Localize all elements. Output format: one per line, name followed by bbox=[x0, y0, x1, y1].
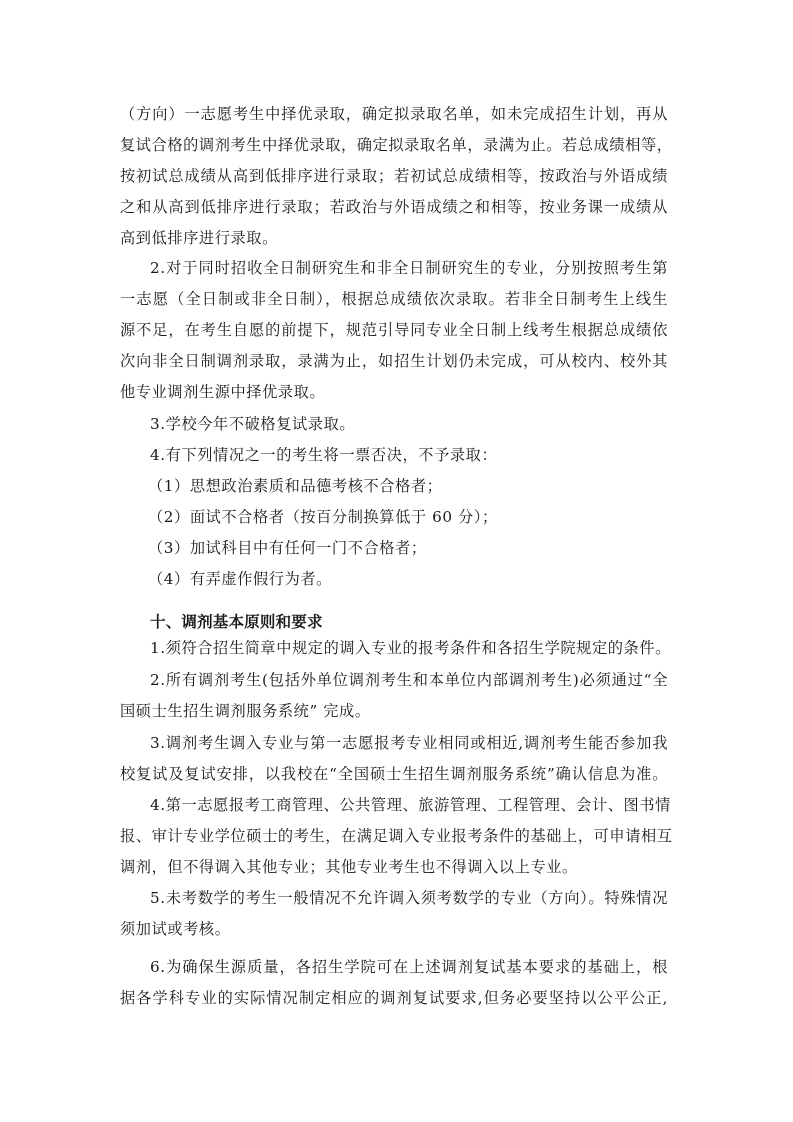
list-item-2-line: 他专业调剂生源中择优录取。 bbox=[120, 380, 668, 404]
sub-item-1: （1）思想政治素质和品德考核不合格者； bbox=[148, 474, 694, 498]
s10-item-5-line: 5.未考数学的考生一般情况不允许调入须考数学的专业（方向）。特殊情况 bbox=[150, 886, 668, 910]
sub-item-2: （2）面试不合格者（按百分制换算低于 60 分）； bbox=[148, 505, 694, 529]
list-item-2-line: 源不足，在考生自愿的前提下，规范引导同专业全日制上线考生根据总成绩依 bbox=[120, 318, 668, 342]
s10-item-2-line: 2.所有调剂考生(包括外单位调剂考生和本单位内部调剂考生)必须通过“全 bbox=[150, 668, 668, 692]
paragraph-line: 按初试总成绩从高到低排序进行录取；若初试总成绩相等，按政治与外语成绩 bbox=[120, 164, 668, 188]
section-heading: 十、调剂基本原则和要求 bbox=[150, 610, 698, 634]
list-item-4: 4.有下列情况之一的考生将一票否决，不予录取： bbox=[150, 443, 668, 467]
s10-item-2-line: 国硕士生招生调剂服务系统” 完成。 bbox=[120, 699, 668, 723]
list-item-2-line: 次向非全日制调剂录取，录满为止，如招生计划仍未完成，可从校内、校外其 bbox=[120, 349, 668, 373]
s10-item-3-line: 3.调剂考生调入专业与第一志愿报考专业相同或相近,调剂考生能否参加我 bbox=[150, 731, 668, 755]
list-item-3: 3.学校今年不破格复试录取。 bbox=[150, 412, 668, 436]
paragraph-line: 复试合格的调剂考生中择优录取，确定拟录取名单，录满为止。若总成绩相等， bbox=[120, 133, 668, 157]
s10-item-3-line: 校复试及复试安排，以我校在“全国硕士生招生调剂服务系统”确认信息为准。 bbox=[120, 762, 668, 786]
s10-item-4-line: 4.第一志愿报考工商管理、公共管理、旅游管理、工程管理、会计、图书情 bbox=[150, 793, 668, 817]
paragraph-line: 高到低排序进行录取。 bbox=[120, 226, 668, 250]
sub-item-4: （4）有弄虚作假行为者。 bbox=[148, 567, 694, 591]
s10-item-6-line: 据各学科专业的实际情况制定相应的调剂复试要求,但务必要坚持以公平公正, bbox=[120, 986, 668, 1010]
paragraph-line: 之和从高到低排序进行录取；若政治与外语成绩之和相等，按业务课一成绩从 bbox=[120, 195, 668, 219]
document-page: （方向）一志愿考生中择优录取，确定拟录取名单，如未完成招生计划，再从 复试合格的… bbox=[0, 0, 793, 1122]
sub-item-3: （3）加试科目中有任何一门不合格者； bbox=[148, 536, 694, 560]
list-item-2-line: 一志愿（全日制或非全日制），根据总成绩依次录取。若非全日制考生上线生 bbox=[120, 287, 668, 311]
s10-item-6-line: 6.为确保生源质量，各招生学院可在上述调剂复试基本要求的基础上，根 bbox=[150, 955, 668, 979]
s10-item-5-line: 须加试或考核。 bbox=[120, 917, 668, 941]
s10-item-4-line: 调剂，但不得调入其他专业；其他专业考生也不得调入以上专业。 bbox=[120, 855, 668, 879]
s10-item-4-line: 报、审计专业学位硕士的考生，在满足调入专业报考条件的基础上，可申请相互 bbox=[120, 824, 668, 848]
paragraph-line: （方向）一志愿考生中择优录取，确定拟录取名单，如未完成招生计划，再从 bbox=[120, 102, 668, 126]
s10-item-1: 1.须符合招生简章中规定的调入专业的报考条件和各招生学院规定的条件。 bbox=[150, 636, 668, 660]
list-item-2-line: 2.对于同时招收全日制研究生和非全日制研究生的专业，分别按照考生第 bbox=[150, 256, 668, 280]
